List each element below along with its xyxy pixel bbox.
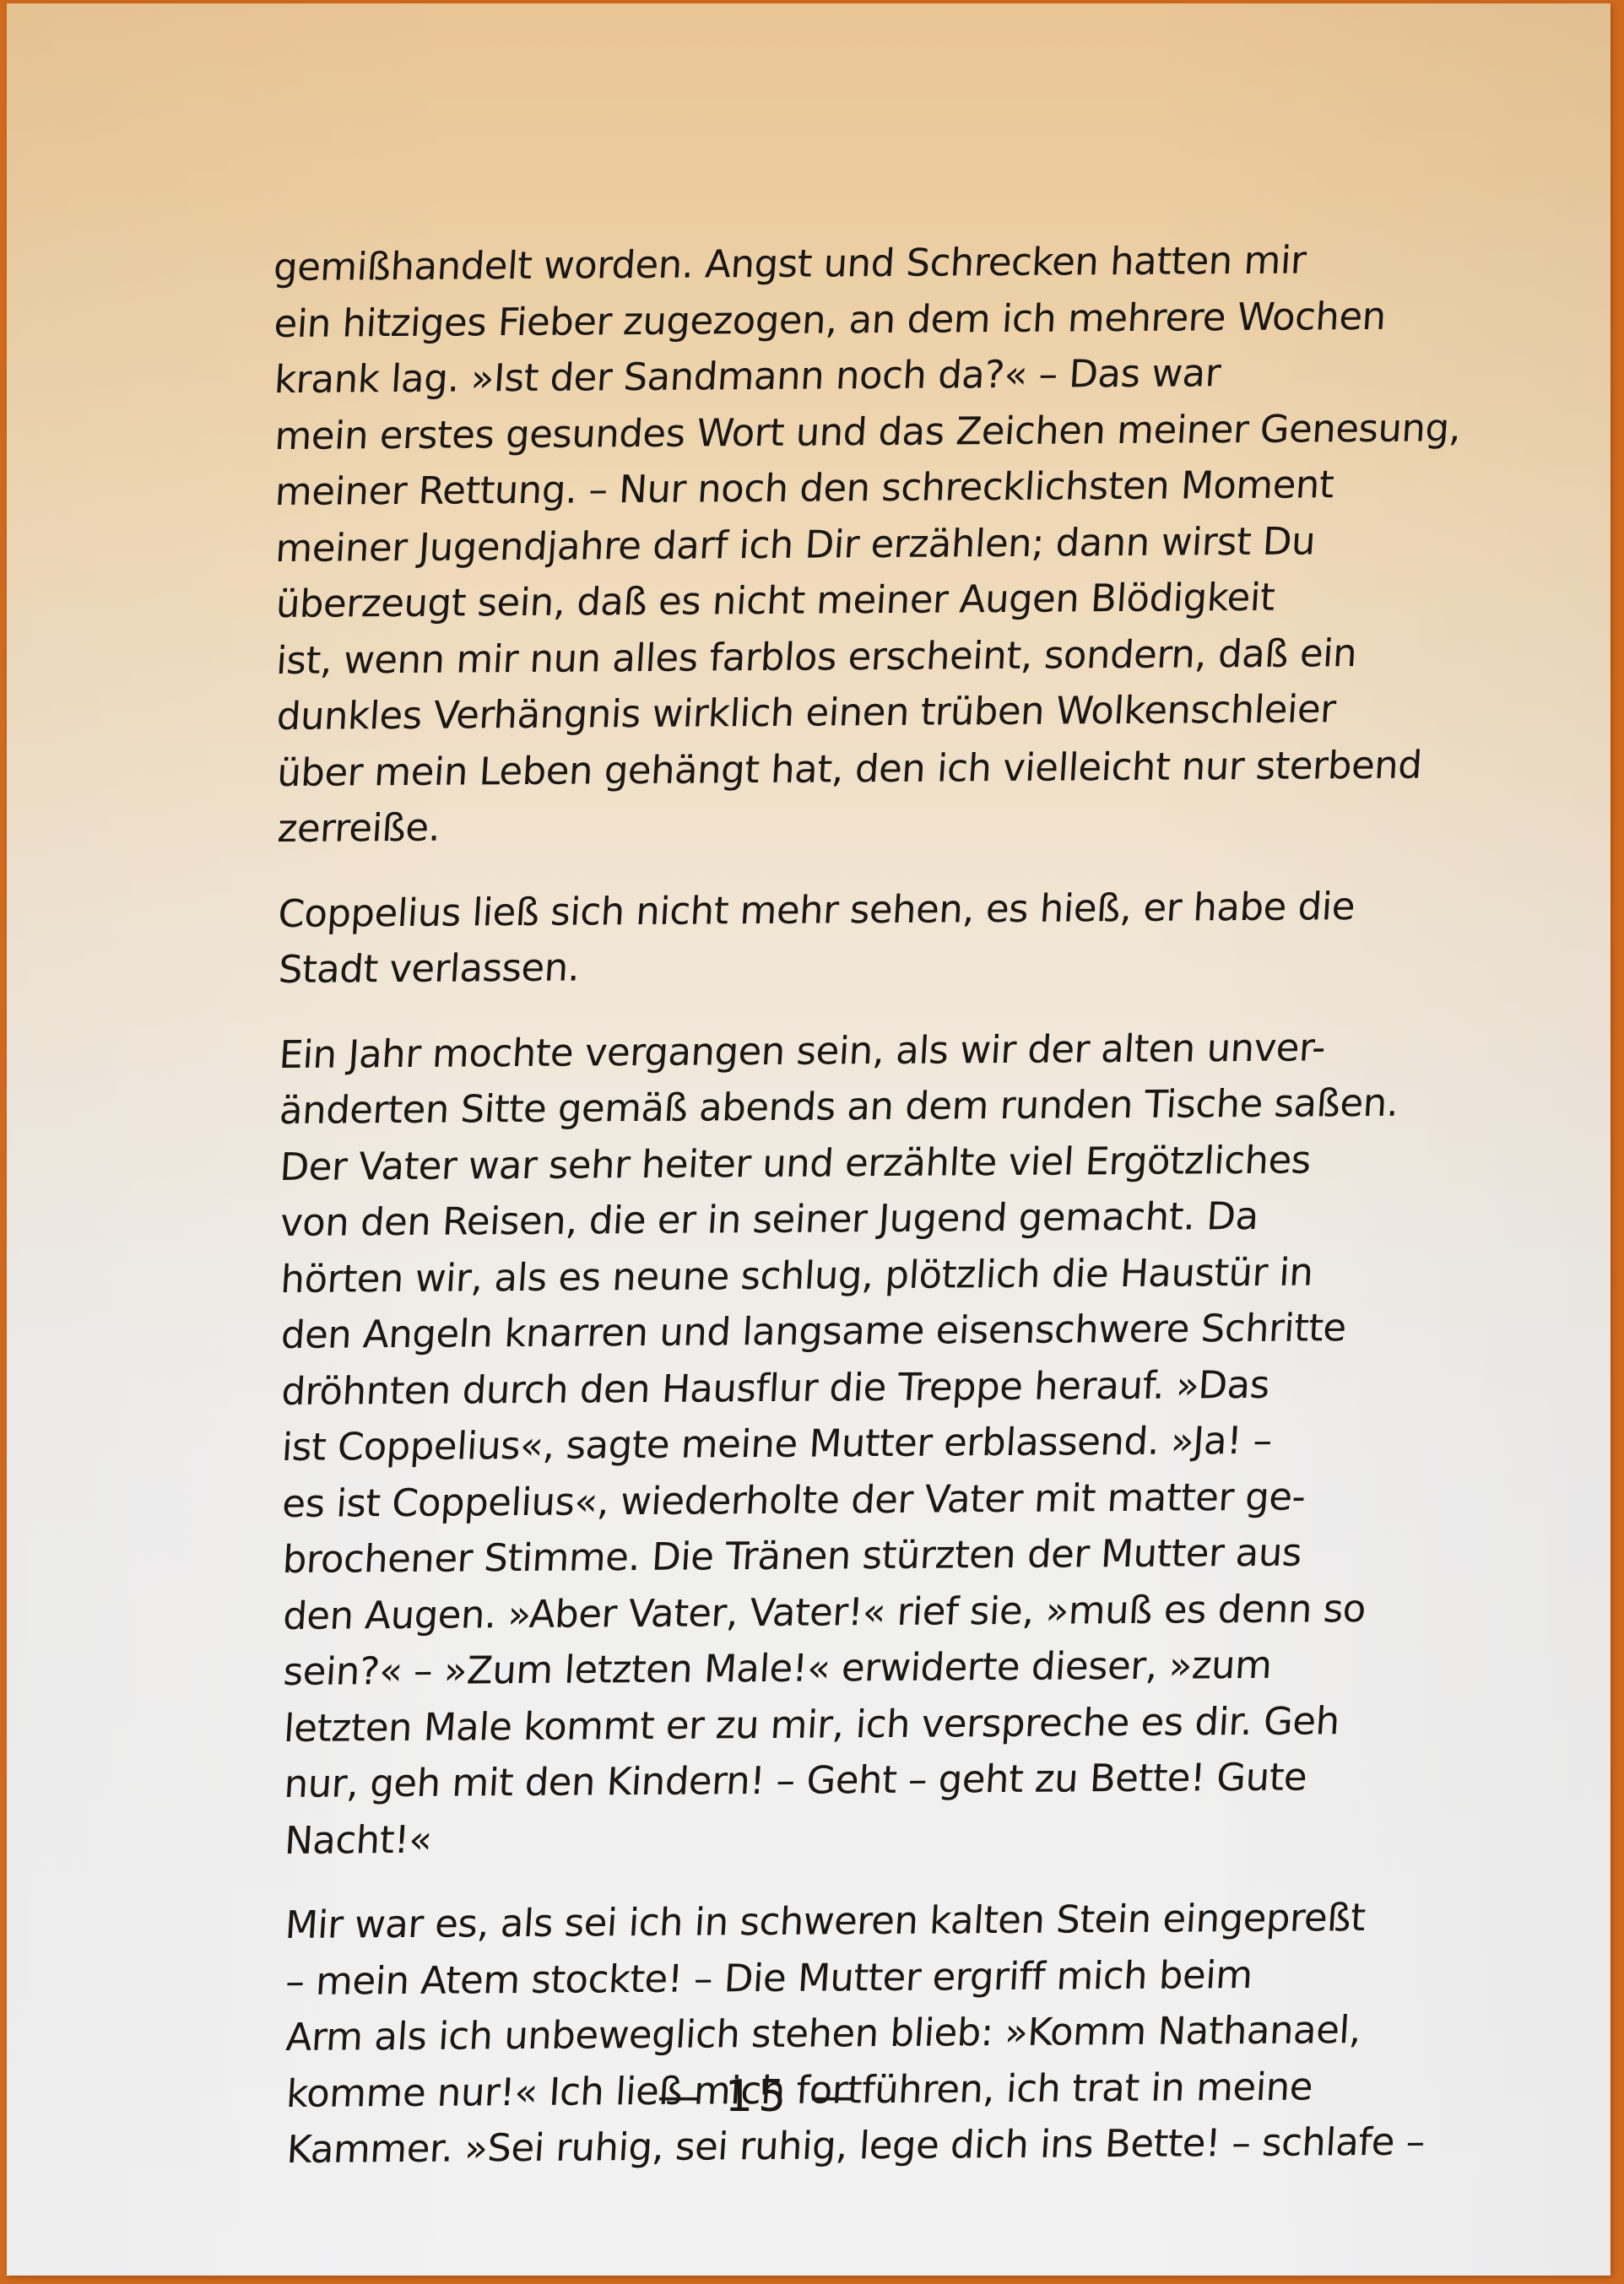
text-line: letzten Male kommt er zu mir, ich verspr… [282, 1692, 1450, 1756]
text-line: Stadt verlassen. [277, 934, 1445, 998]
text-line: den Angeln knarren und langsame eisensch… [279, 1299, 1448, 1363]
text-line: es ist Coppelius«, wiederholte der Vater… [280, 1468, 1448, 1532]
text-line: Der Vater war sehr heiter und erzählte v… [279, 1131, 1447, 1195]
text-line: Ein Jahr mochte vergangen sein, als wir … [278, 1019, 1446, 1083]
text-line: von den Reisen, die er in seiner Jugend … [279, 1187, 1447, 1251]
text-line: zerreiße. [276, 793, 1444, 857]
text-line: über mein Leben gehängt hat, den ich vie… [275, 737, 1443, 801]
paragraph-4: Mir war es, als sei ich in schweren kalt… [285, 1889, 1452, 2178]
text-line: krank lag. »Ist der Sandmann noch da?« –… [273, 344, 1441, 408]
text-line: ist, wenn mir nun alles farblos erschein… [274, 625, 1443, 689]
text-line: komme nur!« Ich ließ mich fortführen, ic… [284, 2058, 1453, 2122]
handwritten-text-body: gemißhandelt worden. Angst und Schrecken… [273, 231, 1452, 2206]
text-line: Arm als ich unbeweglich stehen blieb: »K… [284, 2001, 1453, 2065]
paragraph-3: Ein Jahr mochte vergangen sein, als wir … [279, 1019, 1450, 1869]
text-line: brochener Stimme. Die Tränen stürzten de… [281, 1524, 1449, 1588]
text-line: dröhnten durch den Hausflur die Treppe h… [279, 1356, 1448, 1420]
text-line: gemißhandelt worden. Angst und Schrecken… [272, 231, 1440, 295]
text-line: nur, geh mit den Kindern! – Geht – geht … [283, 1748, 1451, 1812]
text-line: den Augen. »Aber Vater, Vater!« rief sie… [281, 1580, 1449, 1644]
text-line: Kammer. »Sei ruhig, sei ruhig, lege dich… [285, 2114, 1453, 2178]
paragraph-2: Coppelius ließ sich nicht mehr sehen, es… [278, 878, 1443, 999]
text-line: meiner Rettung. – Nur noch den schreckli… [273, 456, 1442, 520]
text-line: Coppelius ließ sich nicht mehr sehen, es… [276, 878, 1444, 942]
text-line: meiner Jugendjahre darf ich Dir erzählen… [273, 512, 1442, 576]
text-line: Mir war es, als sei ich in schweren kalt… [284, 1889, 1452, 1953]
manuscript-page: gemißhandelt worden. Angst und Schrecken… [7, 3, 1610, 2276]
text-line: sein?« – »Zum letzten Male!« erwiderte d… [282, 1636, 1450, 1700]
text-line: dunkles Verhängnis wirklich einen trüben… [275, 680, 1443, 744]
text-line: ist Coppelius«, sagte meine Mutter erbla… [280, 1411, 1448, 1475]
text-line: ein hitziges Fieber zugezogen, an dem ic… [273, 288, 1441, 352]
text-line: änderten Sitte gemäß abends an dem runde… [278, 1074, 1446, 1139]
text-line: hörten wir, als es neune schlug, plötzli… [279, 1243, 1448, 1307]
text-line: Nacht!« [283, 1805, 1451, 1869]
text-line: überzeugt sein, daß es nicht meiner Auge… [274, 568, 1443, 632]
text-line: – mein Atem stockte! – Die Mutter ergrif… [284, 1946, 1452, 2010]
paragraph-1: gemißhandelt worden. Angst und Schrecken… [273, 231, 1443, 857]
page-number: — 15 — [657, 2071, 859, 2122]
text-line: mein erstes gesundes Wort und das Zeiche… [273, 400, 1442, 464]
